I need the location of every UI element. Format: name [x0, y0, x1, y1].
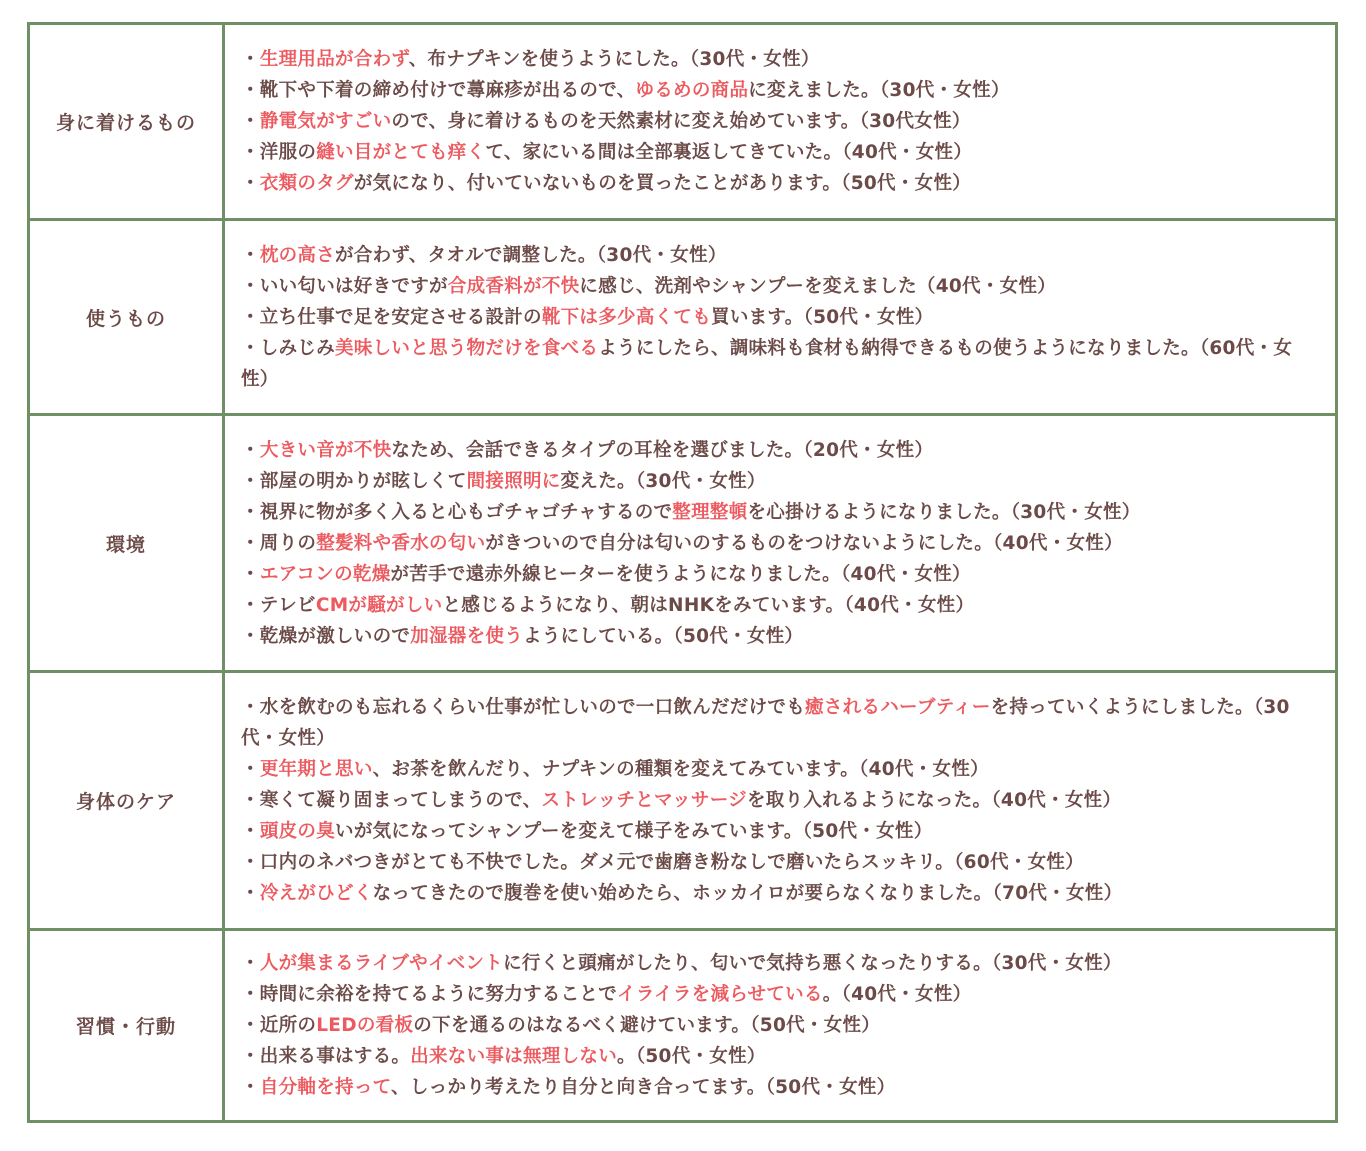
comment-text: に感じ、洗剤やシャンプーを変えました（40代・女性） [579, 276, 1056, 297]
comment-item: ・立ち仕事で足を安定させる設計の靴下は多少高くても買います。（50代・女性） [241, 302, 1317, 333]
highlighted-text: 人が集まるライブやイベント [260, 953, 503, 974]
comment-text: なため、会話できるタイプの耳栓を選びました。（20代・女性） [391, 440, 933, 461]
comment-text: ・近所の [241, 1015, 316, 1036]
table-row: 使うもの ・枕の高さが合わず、タオルで調整した。（30代・女性）・いい匂いは好き… [30, 218, 1335, 413]
comments-table: 身に着けるもの ・生理用品が合わず、布ナプキンを使うようにした。（30代・女性）… [27, 22, 1338, 1123]
comment-text: ・ [241, 49, 260, 70]
highlighted-text: 整髪料や香水の匂い [316, 533, 485, 554]
comment-text: ・ [241, 759, 260, 780]
highlighted-text: イライラを減らせている [617, 984, 823, 1005]
highlighted-text: LEDの看板 [316, 1015, 413, 1036]
comment-text: なってきたので腹巻を使い始めたら、ホッカイロが要らなくなりました。（70代・女性… [373, 883, 1123, 904]
comment-item: ・視界に物が多く入ると心もゴチャゴチャするので整理整頓を心掛けるようになりました… [241, 497, 1317, 528]
highlighted-text: 静電気がすごい [260, 111, 392, 132]
comment-text: ・洋服の [241, 142, 316, 163]
comment-text: ・乾燥が激しいので [241, 626, 410, 647]
highlighted-text: 間接照明に [467, 471, 561, 492]
comment-text: いが気になってシャンプーを変えて様子をみています。（50代・女性） [335, 821, 933, 842]
comment-text: が合わず、タオルで調整した。（30代・女性） [335, 245, 727, 266]
comment-item: ・時間に余裕を持てるように努力することでイライラを減らせている。（40代・女性） [241, 979, 1317, 1010]
comment-item: ・大きい音が不快なため、会話できるタイプの耳栓を選びました。（20代・女性） [241, 435, 1317, 466]
highlighted-text: 衣類のタグ [260, 173, 354, 194]
comment-text: ようにしている。（50代・女性） [523, 626, 803, 647]
comment-item: ・人が集まるライブやイベントに行くと頭痛がしたり、匂いで気持ち悪くなったりする。… [241, 948, 1317, 979]
comment-item: ・洋服の縫い目がとても痒くて、家にいる間は全部裏返してきていた。（40代・女性） [241, 137, 1317, 168]
comment-text: ・ [241, 953, 260, 974]
comment-item: ・しみじみ美味しいと思う物だけを食べるようにしたら、調味料も食材も納得できるもの… [241, 333, 1317, 395]
highlighted-text: 更年期と思い [260, 759, 373, 780]
category-cell: 身に着けるもの [30, 25, 225, 218]
comments-cell: ・生理用品が合わず、布ナプキンを使うようにした。（30代・女性）・靴下や下着の締… [225, 25, 1335, 218]
highlighted-text: 出来ない事は無理しない [410, 1046, 617, 1067]
comment-text: が苦手で遠赤外線ヒーターを使うようになりました。（40代・女性） [391, 564, 971, 585]
table-row: 身体のケア ・水を飲むのも忘れるくらい仕事が忙しいので一口飲んだだけでも癒される… [30, 670, 1335, 928]
comment-text: ので、身に着けるものを天然素材に変え始めています。（30代女性） [391, 111, 970, 132]
highlighted-text: 靴下は多少高くても [542, 307, 711, 328]
comment-text: ・部屋の明かりが眩しくて [241, 471, 467, 492]
comments-cell: ・人が集まるライブやイベントに行くと頭痛がしたり、匂いで気持ち悪くなったりする。… [225, 931, 1335, 1120]
comment-text: を取り入れるようになった。（40代・女性） [747, 790, 1121, 811]
comment-text: ・ [241, 564, 260, 585]
table-row: 身に着けるもの ・生理用品が合わず、布ナプキンを使うようにした。（30代・女性）… [30, 25, 1335, 218]
highlighted-text: 合成香料が不快 [448, 276, 580, 297]
comment-text: ・周りの [241, 533, 316, 554]
comment-item: ・近所のLEDの看板の下を通るのはなるべく避けています。（50代・女性） [241, 1010, 1317, 1041]
comment-text: の下を通るのはなるべく避けています。（50代・女性） [413, 1015, 880, 1036]
comment-text: 、しっかり考えたり自分と向き合ってます。（50代・女性） [391, 1077, 895, 1098]
comment-text: 変えた。（30代・女性） [561, 471, 766, 492]
comment-text: に変えました。（30代・女性） [748, 80, 1010, 101]
comment-item: ・乾燥が激しいので加湿器を使うようにしている。（50代・女性） [241, 621, 1317, 652]
comment-text: を心掛けるようになりました。（30代・女性） [748, 502, 1141, 523]
comment-text: が気になり、付いていないものを買ったことがあります。（50代・女性） [354, 173, 971, 194]
table-row: 習慣・行動 ・人が集まるライブやイベントに行くと頭痛がしたり、匂いで気持ち悪くな… [30, 928, 1335, 1120]
comment-text: ・寒くて凝り固まってしまうので、 [241, 790, 541, 811]
comment-item: ・頭皮の臭いが気になってシャンプーを変えて様子をみています。（50代・女性） [241, 816, 1317, 847]
comment-text: ・ [241, 821, 260, 842]
comment-item: ・靴下や下着の締め付けで蕁麻疹が出るので、ゆるめの商品に変えました。（30代・女… [241, 75, 1317, 106]
comment-item: ・部屋の明かりが眩しくて間接照明に変えた。（30代・女性） [241, 466, 1317, 497]
highlighted-text: 生理用品が合わず [260, 49, 409, 70]
comment-item: ・冷えがひどくなってきたので腹巻を使い始めたら、ホッカイロが要らなくなりました。… [241, 878, 1317, 909]
highlighted-text: 大きい音が不快 [260, 440, 392, 461]
comment-text: と感じるようになり、朝はNHKをみています。（40代・女性） [442, 595, 974, 616]
comment-item: ・口内のネバつきがとても不快でした。ダメ元で歯磨き粉なしで磨いたらスッキリ。（6… [241, 847, 1317, 878]
comment-text: 。（50代・女性） [617, 1046, 766, 1067]
comment-text: ・視界に物が多く入ると心もゴチャゴチャするので [241, 502, 672, 523]
highlighted-text: ストレッチとマッサージ [541, 790, 747, 811]
highlighted-text: 頭皮の臭 [260, 821, 335, 842]
comment-item: ・生理用品が合わず、布ナプキンを使うようにした。（30代・女性） [241, 44, 1317, 75]
comment-item: ・衣類のタグが気になり、付いていないものを買ったことがあります。（50代・女性） [241, 168, 1317, 199]
comments-cell: ・枕の高さが合わず、タオルで調整した。（30代・女性）・いい匂いは好きですが合成… [225, 221, 1335, 413]
comment-text: ・ [241, 245, 260, 266]
comment-item: ・静電気がすごいので、身に着けるものを天然素材に変え始めています。（30代女性） [241, 106, 1317, 137]
category-cell: 環境 [30, 416, 225, 670]
highlighted-text: 加湿器を使う [410, 626, 523, 647]
comment-text: に行くと頭痛がしたり、匂いで気持ち悪くなったりする。（30代・女性） [503, 953, 1122, 974]
comment-text: ・ [241, 1077, 260, 1098]
comment-text: ・出来る事はする。 [241, 1046, 410, 1067]
comment-item: ・寒くて凝り固まってしまうので、ストレッチとマッサージを取り入れるようになった。… [241, 785, 1317, 816]
highlighted-text: 冷えがひどく [260, 883, 373, 904]
highlighted-text: CMが騒がしい [316, 595, 443, 616]
comment-text: ・立ち仕事で足を安定させる設計の [241, 307, 542, 328]
comment-item: ・自分軸を持って、しっかり考えたり自分と向き合ってます。（50代・女性） [241, 1072, 1317, 1103]
comment-text: がきついので自分は匂いのするものをつけないようにした。（40代・女性） [485, 533, 1123, 554]
comment-item: ・エアコンの乾燥が苦手で遠赤外線ヒーターを使うようになりました。（40代・女性） [241, 559, 1317, 590]
table-row: 環境 ・大きい音が不快なため、会話できるタイプの耳栓を選びました。（20代・女性… [30, 413, 1335, 670]
comments-cell: ・大きい音が不快なため、会話できるタイプの耳栓を選びました。（20代・女性）・部… [225, 416, 1335, 670]
highlighted-text: 自分軸を持って [260, 1077, 391, 1098]
highlighted-text: 縫い目がとても痒く [316, 142, 485, 163]
comment-text: 。（40代・女性） [823, 984, 972, 1005]
comment-text: ・ [241, 440, 260, 461]
comment-text: ・口内のネバつきがとても不快でした。ダメ元で歯磨き粉なしで磨いたらスッキリ。（6… [241, 852, 1084, 873]
comment-text: ・いい匂いは好きですが [241, 276, 448, 297]
highlighted-text: 枕の高さ [260, 245, 335, 266]
comment-item: ・周りの整髪料や香水の匂いがきついので自分は匂いのするものをつけないようにした。… [241, 528, 1317, 559]
comment-item: ・更年期と思い、お茶を飲んだり、ナプキンの種類を変えてみています。（40代・女性… [241, 754, 1317, 785]
comment-item: ・いい匂いは好きですが合成香料が不快に感じ、洗剤やシャンプーを変えました（40代… [241, 271, 1317, 302]
comment-text: ・ [241, 111, 260, 132]
comment-item: ・水を飲むのも忘れるくらい仕事が忙しいので一口飲んだだけでも癒されるハーブティー… [241, 692, 1317, 754]
comment-item: ・枕の高さが合わず、タオルで調整した。（30代・女性） [241, 240, 1317, 271]
comment-text: ・水を飲むのも忘れるくらい仕事が忙しいので一口飲んだだけでも [241, 697, 805, 718]
comment-text: ・ [241, 883, 260, 904]
comment-text: 、布ナプキンを使うようにした。（30代・女性） [409, 49, 820, 70]
category-cell: 身体のケア [30, 673, 225, 928]
comment-text: ・テレビ [241, 595, 316, 616]
highlighted-text: エアコンの乾燥 [260, 564, 391, 585]
comment-text: ・しみじみ [241, 338, 335, 359]
highlighted-text: 整理整頓 [672, 502, 747, 523]
category-cell: 習慣・行動 [30, 931, 225, 1120]
category-cell: 使うもの [30, 221, 225, 413]
comment-text: ・時間に余裕を持てるように努力することで [241, 984, 617, 1005]
comment-item: ・出来る事はする。出来ない事は無理しない。（50代・女性） [241, 1041, 1317, 1072]
comment-text: 買います。（50代・女性） [711, 307, 933, 328]
comment-text: て、家にいる間は全部裏返してきていた。（40代・女性） [485, 142, 972, 163]
comments-cell: ・水を飲むのも忘れるくらい仕事が忙しいので一口飲んだだけでも癒されるハーブティー… [225, 673, 1335, 928]
comment-text: ・ [241, 173, 260, 194]
highlighted-text: 癒されるハーブティー [805, 697, 991, 718]
comment-item: ・テレビCMが騒がしいと感じるようになり、朝はNHKをみています。（40代・女性… [241, 590, 1317, 621]
comment-text: 、お茶を飲んだり、ナプキンの種類を変えてみています。（40代・女性） [373, 759, 989, 780]
highlighted-text: ゆるめの商品 [635, 80, 748, 101]
highlighted-text: 美味しいと思う物だけを食べる [335, 338, 598, 359]
comment-text: ・靴下や下着の締め付けで蕁麻疹が出るので、 [241, 80, 635, 101]
